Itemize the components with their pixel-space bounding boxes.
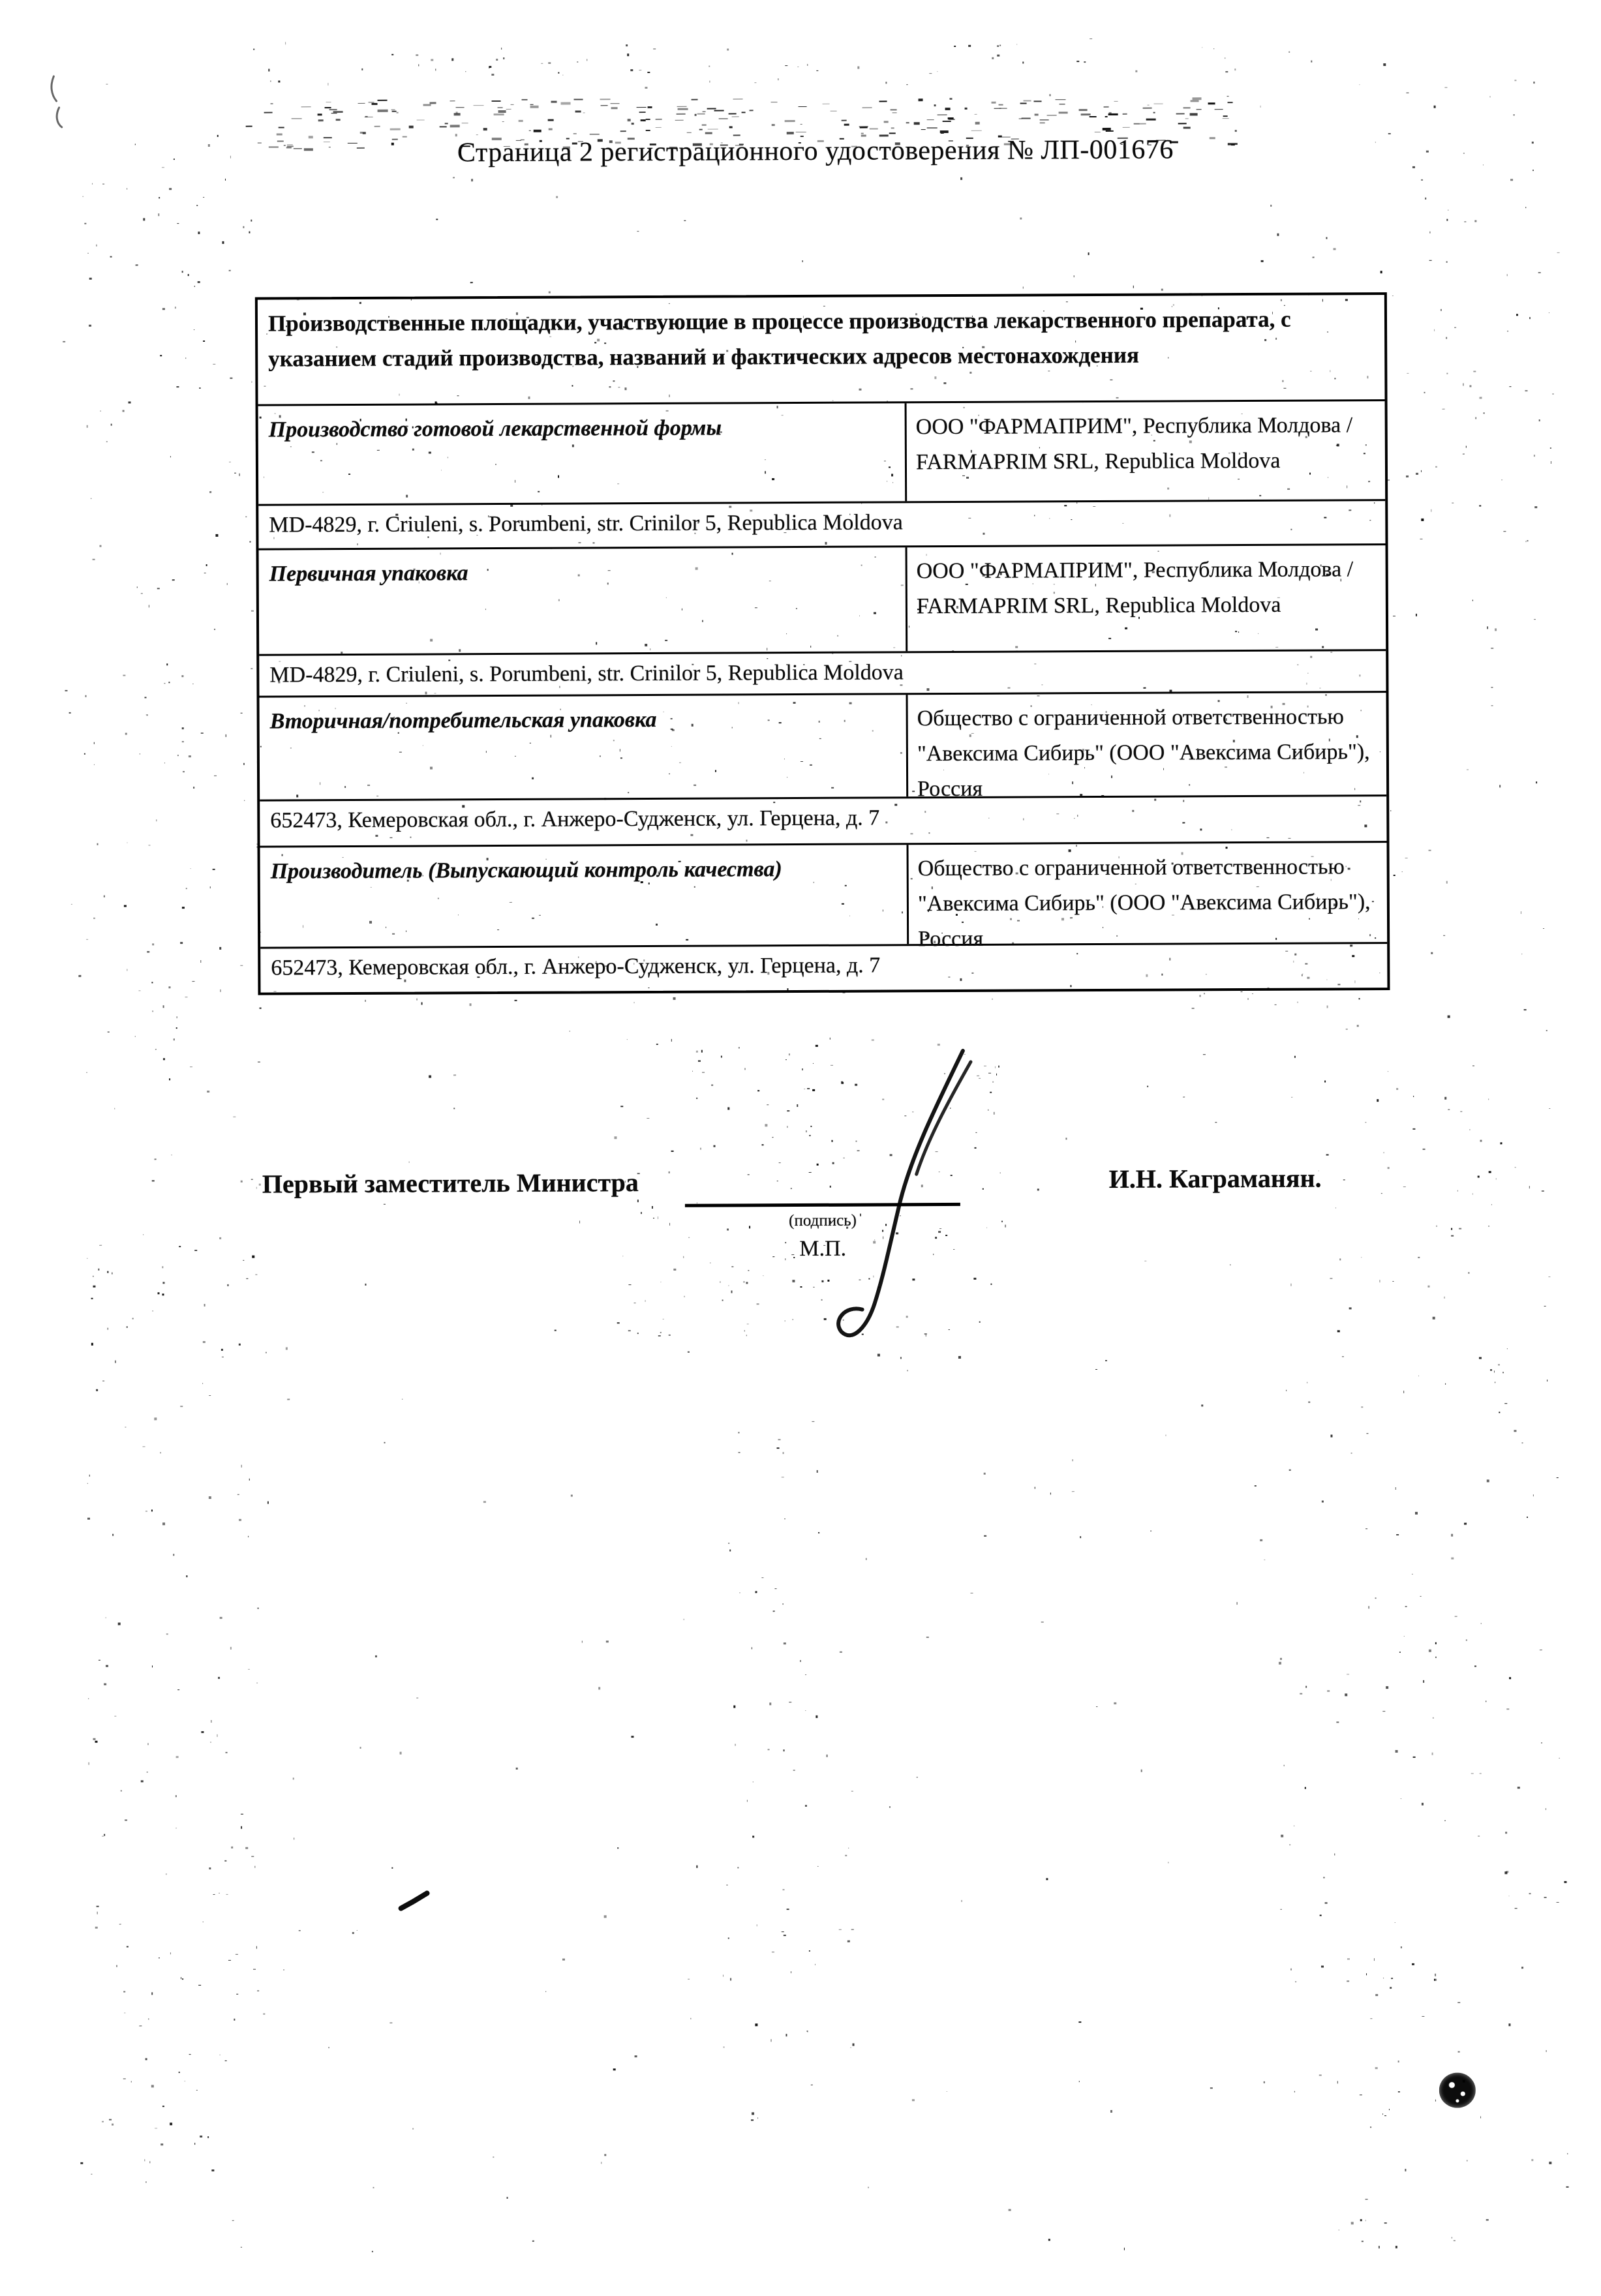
page-title: Страница 2 регистрационного удостоверени… xyxy=(15,132,1601,171)
table-row: Производство готовой лекарственной формы… xyxy=(258,399,1386,504)
signature-block: Первый заместитель Министра (подпись) М.… xyxy=(0,0,1597,3)
stage-label: Производитель (Выпускающий контроль каче… xyxy=(260,845,909,946)
table-row: Производитель (Выпускающий контроль каче… xyxy=(260,841,1388,947)
address-cell: 652473, Кемеровская обл., г. Анжеро-Судж… xyxy=(260,944,1387,993)
production-sites-table: Производственные площадки, участвующие в… xyxy=(255,292,1390,995)
table-row: 652473, Кемеровская обл., г. Анжеро-Судж… xyxy=(260,794,1386,846)
signature-caption: (подпись) xyxy=(685,1211,960,1231)
table-header-cell: Производственные площадки, участвующие в… xyxy=(258,295,1385,404)
address-cell: 652473, Кемеровская обл., г. Анжеро-Судж… xyxy=(260,796,1386,846)
signatory-title: Первый заместитель Министра xyxy=(262,1167,639,1200)
address-cell: MD-4829, г. Criuleni, s. Porumbeni, str.… xyxy=(258,501,1385,549)
stage-label: Вторичная/потребительская упаковка xyxy=(260,695,909,799)
table-row: Производственные площадки, участвующие в… xyxy=(258,295,1385,404)
signatory-name: И.Н. Каграманян. xyxy=(1109,1163,1322,1194)
table-row: 652473, Кемеровская обл., г. Анжеро-Судж… xyxy=(260,942,1387,993)
scan-noise-layer xyxy=(0,0,1597,3)
manufacturer-value: ООО "ФАРМАПРИМ", Республика Молдова / FA… xyxy=(907,545,1386,651)
manufacturer-value: ООО "ФАРМАПРИМ", Республика Молдова / FA… xyxy=(907,401,1386,501)
manufacturer-value: Общество с ограниченной ответственностью… xyxy=(909,843,1388,944)
punch-hole-mark xyxy=(1439,2073,1476,2108)
table-row: Первичная упаковка ООО "ФАРМАПРИМ", Респ… xyxy=(259,543,1386,654)
stage-label: Производство готовой лекарственной формы xyxy=(258,403,907,504)
table-row: MD-4829, г. Criuleni, s. Porumbeni, str.… xyxy=(259,649,1386,696)
table-row: Вторичная/потребительская упаковка Общес… xyxy=(260,691,1387,800)
signature-line xyxy=(685,1203,960,1207)
stage-label: Первичная упаковка xyxy=(259,547,908,654)
seal-placeholder: М.П. xyxy=(685,1236,960,1262)
scanned-document-page: Страница 2 регистрационного удостоверени… xyxy=(0,0,1601,2296)
table-row: MD-4829, г. Criuleni, s. Porumbeni, str.… xyxy=(258,499,1385,549)
address-cell: MD-4829, г. Criuleni, s. Porumbeni, str.… xyxy=(259,651,1386,696)
manufacturer-value: Общество с ограниченной ответственностью… xyxy=(908,693,1387,796)
